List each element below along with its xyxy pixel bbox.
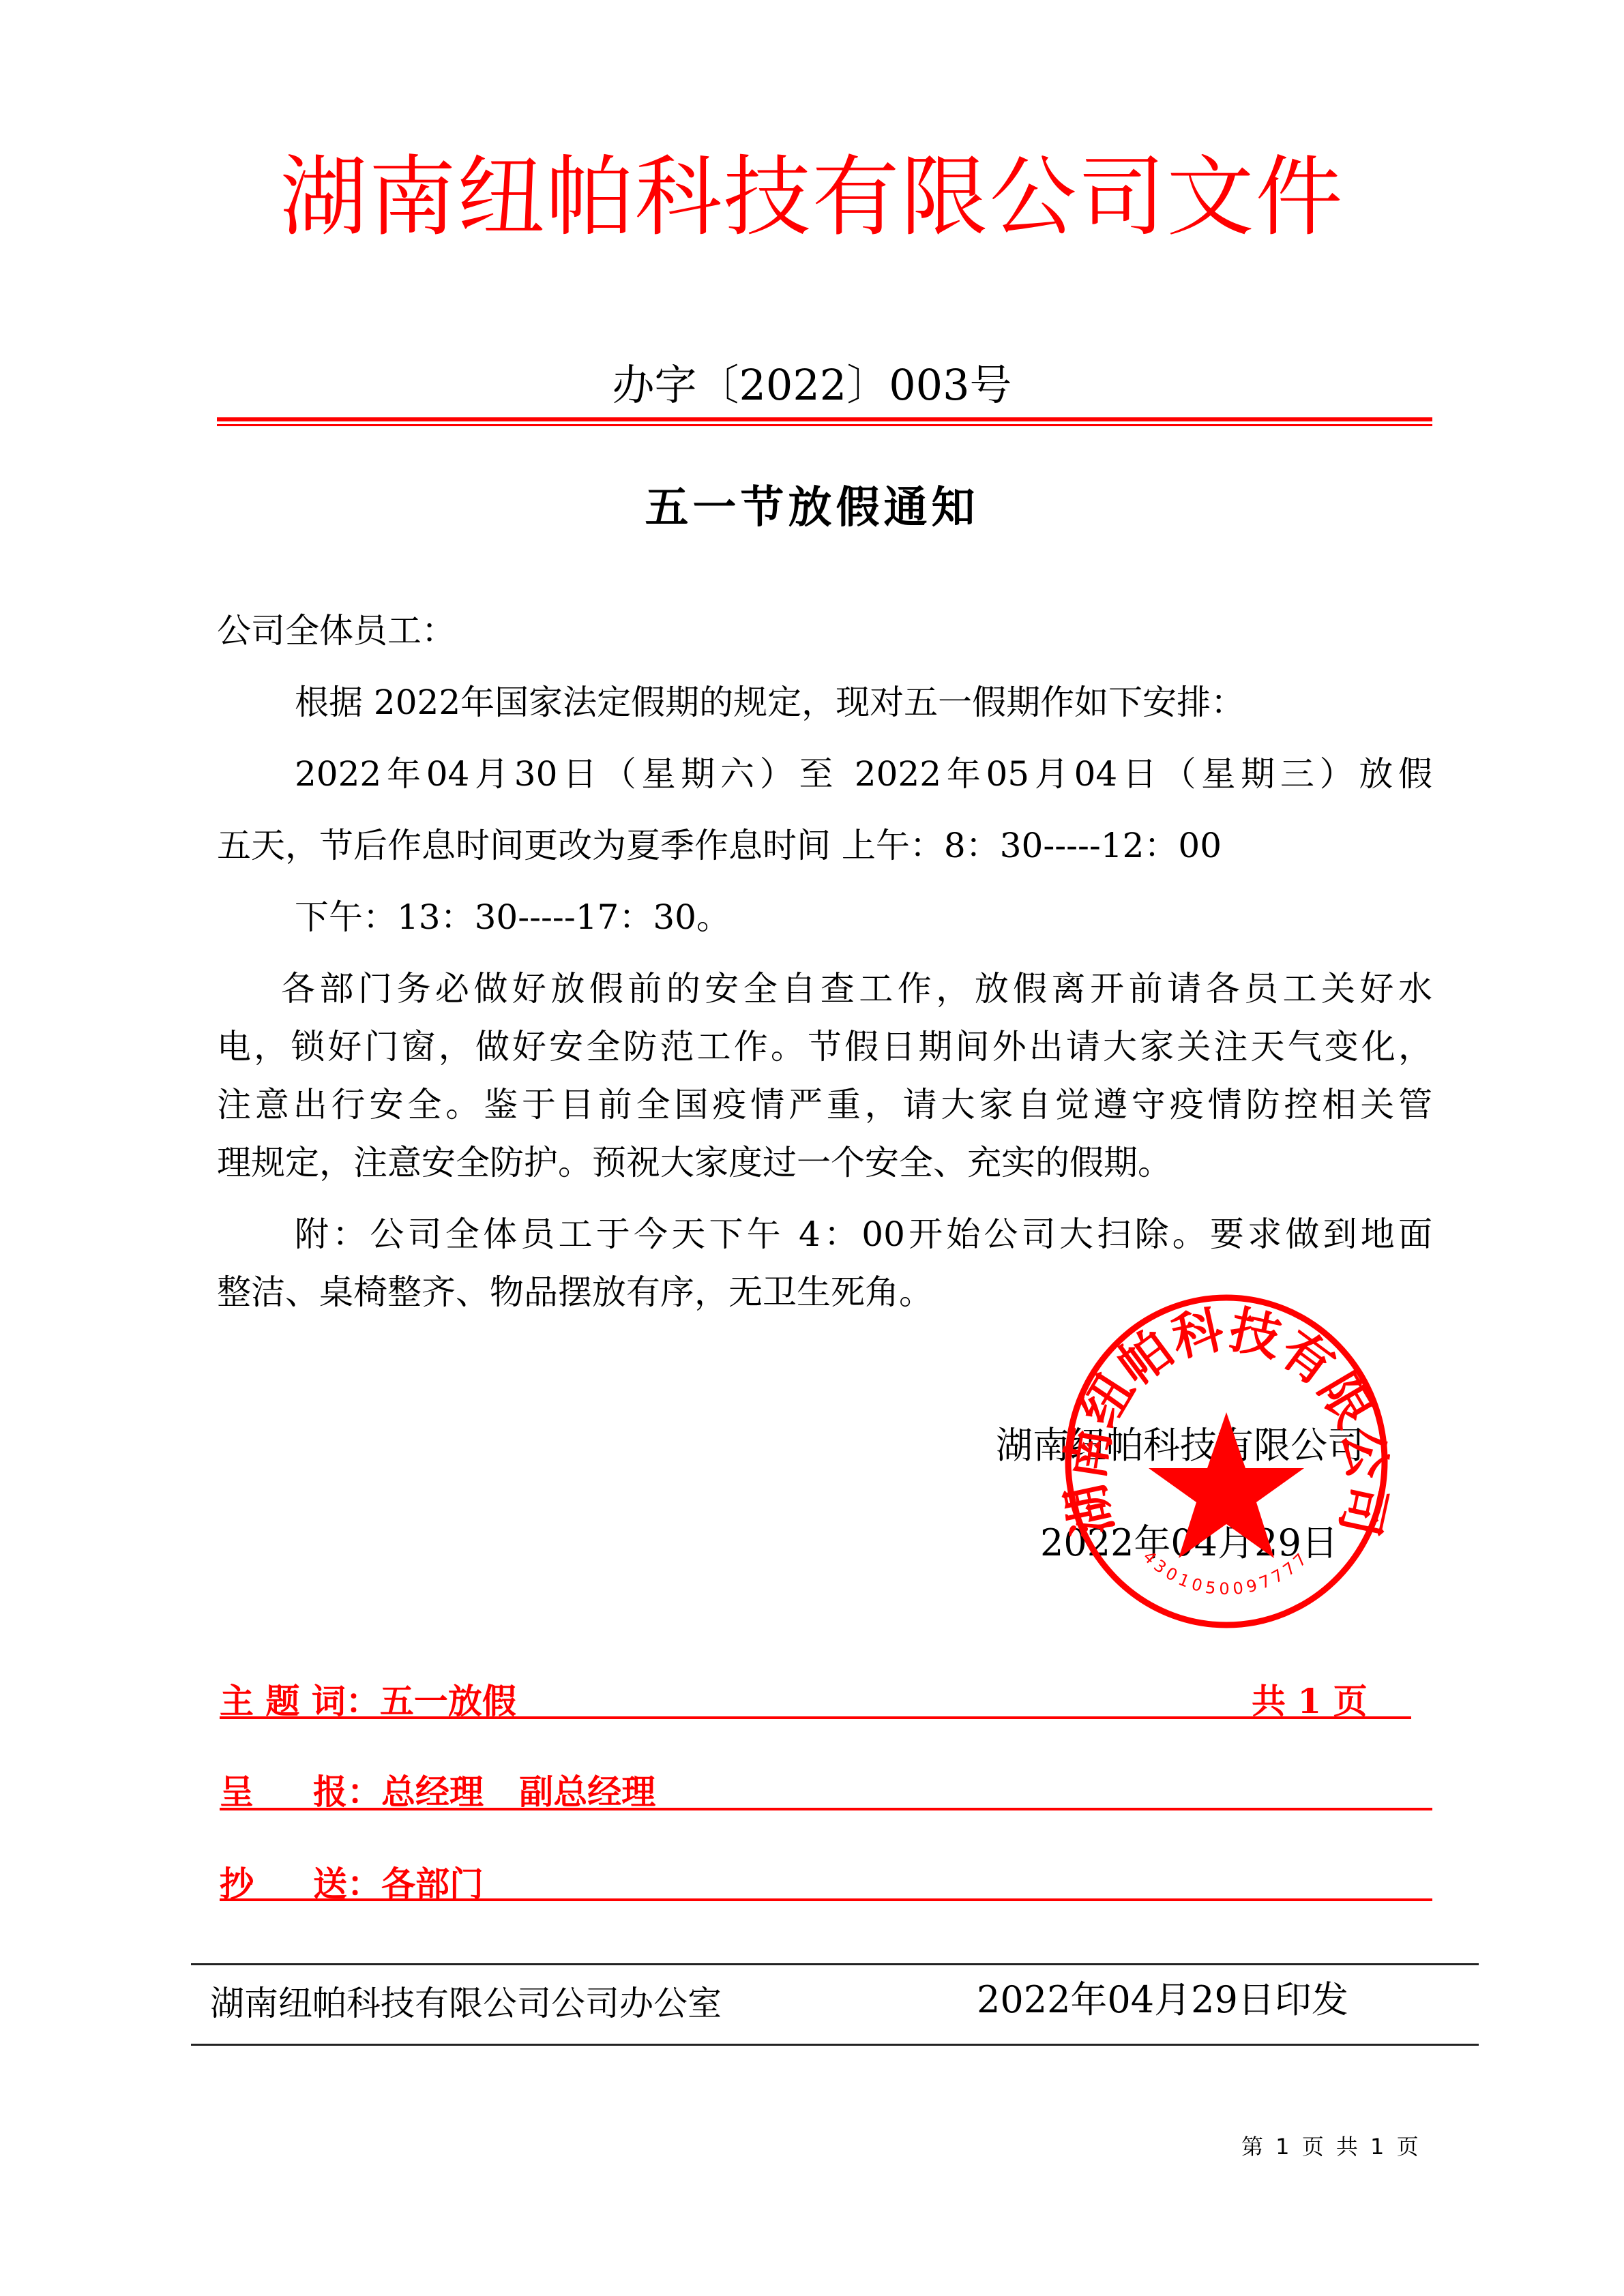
star-icon: [1149, 1412, 1304, 1558]
subject-underline: [220, 1716, 1411, 1719]
body-line-5: 各部门务必做好放假前的安全自查工作，放假离开前请各员工关好水: [281, 968, 1432, 1009]
header-red-rule-thin: [217, 424, 1432, 426]
body-line-8: 理规定，注意安全防护。预祝大家度过一个安全、充实的假期。: [217, 1142, 1172, 1183]
document-header-title: 湖南纽帕科技有限公司文件: [0, 143, 1624, 252]
body-line-9: 附：公司全体员工于今天下午 4：00开始公司大扫除。要求做到地面: [295, 1214, 1432, 1255]
body-line-6: 电，锁好门窗，做好安全防范工作。节假日期间外出请大家关注天气变化，: [217, 1026, 1432, 1067]
body-line-10: 整洁、桌椅整齐、物品摆放有序，无卫生死角。: [217, 1272, 933, 1313]
report-underline: [220, 1808, 1432, 1810]
company-seal: 湖南纽帕科技有限公司 4301050097777: [1061, 1291, 1391, 1632]
subject-row: 主 题 词：五一放假: [220, 1681, 516, 1722]
pages-total: 共 1 页: [1252, 1681, 1368, 1722]
document-number: 办字〔2022〕003号: [0, 355, 1624, 416]
salutation: 公司全体员工：: [217, 610, 456, 651]
footer-top-rule: [191, 1963, 1479, 1965]
subject-label: 主 题 词：: [220, 1681, 380, 1721]
header-red-rule-thick: [217, 417, 1432, 421]
body-line-7: 注意出行安全。鉴于目前全国疫情严重，请大家自觉遵守疫情防控相关管: [217, 1084, 1432, 1125]
footer-bottom-rule: [191, 2044, 1479, 2046]
body-line-4: 下午：13：30-----17：30。: [295, 897, 730, 938]
report-label: 呈 报：: [220, 1772, 381, 1812]
issuer-office: 湖南纽帕科技有限公司公司办公室: [210, 1981, 722, 2026]
seal-serial: 4301050097777: [1139, 1547, 1313, 1599]
issue-date: 2022年04月29日印发: [977, 1978, 1348, 2023]
report-row: 呈 报：总经理 副总经理: [220, 1772, 655, 1813]
body-line-2: 2022年04月30日（星期六）至 2022年05月04日（星期三）放假: [295, 754, 1432, 794]
subject-value: 五一放假: [380, 1681, 516, 1721]
body-line-1: 根据 2022年国家法定假期的规定，现对五一假期作如下安排：: [295, 682, 1245, 723]
notice-title: 五一节放假通知: [0, 477, 1624, 539]
body-line-3: 五天，节后作息时间更改为夏季作息时间 上午：8：30-----12：00: [217, 825, 1222, 866]
report-value: 总经理 副总经理: [381, 1772, 655, 1812]
cc-underline: [220, 1898, 1432, 1901]
page-counter: 第 1 页 共 1 页: [1241, 2133, 1421, 2160]
